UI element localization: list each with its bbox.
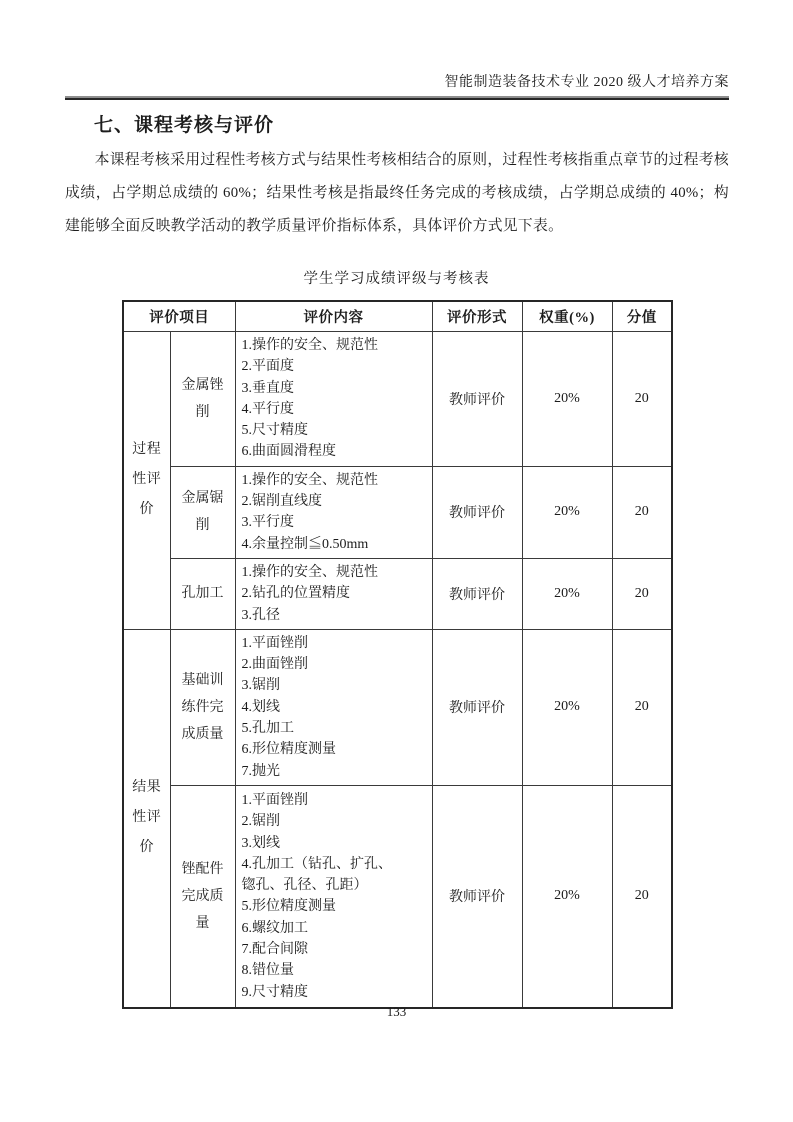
- score-cell: 20: [612, 785, 672, 1008]
- content-line: 1.操作的安全、规范性: [242, 470, 401, 491]
- content-line: 7.抛光: [242, 761, 401, 782]
- weight-cell: 20%: [522, 558, 612, 629]
- document-page: 智能制造装备技术专业 2020 级人才培养方案 七、课程考核与评价 本课程考核采…: [0, 0, 793, 1122]
- table-header-row: 评价项目 评价内容 评价形式 权重(%) 分值: [123, 301, 672, 332]
- content-line: 4.平行度: [242, 399, 401, 420]
- content-line: 6.螺纹加工: [242, 918, 401, 939]
- form-cell: 教师评价: [432, 332, 522, 467]
- content-line: 1.操作的安全、规范性: [242, 562, 401, 583]
- body-paragraph: 本课程考核采用过程性考核方式与结果性考核相结合的原则，过程性考核指重点章节的过程…: [65, 144, 729, 243]
- content-line: 5.孔加工: [242, 718, 401, 739]
- header-weight: 权重(%): [522, 301, 612, 332]
- page-number: 133: [0, 1004, 793, 1020]
- table-row: 锉配件完成质量 1.平面锉削 2.锯削 3.划线 4.孔加工（钻孔、扩孔、锪孔、…: [123, 785, 672, 1008]
- content-line: 4.划线: [242, 697, 401, 718]
- content-line: 7.配合间隙: [242, 939, 401, 960]
- content-line: 8.错位量: [242, 960, 401, 981]
- content-line: 1.平面锉削: [242, 633, 401, 654]
- content-line: 2.锯削直线度: [242, 491, 401, 512]
- header-eval-content: 评价内容: [235, 301, 432, 332]
- table-row: 金属锯削 1.操作的安全、规范性 2.锯削直线度 3.平行度 4.余量控制≦0.…: [123, 466, 672, 558]
- content-line: 3.孔径: [242, 605, 401, 626]
- table-row: 结果性评价 基础训练件完成质量 1.平面锉削 2.曲面锉削 3.锯削 4.划线 …: [123, 629, 672, 785]
- content-line: 4.余量控制≦0.50mm: [242, 534, 401, 555]
- content-line: 9.尺寸精度: [242, 982, 401, 1003]
- section-heading: 七、课程考核与评价: [94, 110, 274, 137]
- item-cell: 孔加工: [170, 558, 235, 629]
- content-line: 3.锯削: [242, 675, 401, 696]
- form-cell: 教师评价: [432, 466, 522, 558]
- form-cell: 教师评价: [432, 629, 522, 785]
- content-line: 1.平面锉削: [242, 790, 401, 811]
- header-eval-item: 评价项目: [123, 301, 235, 332]
- score-cell: 20: [612, 629, 672, 785]
- header-eval-form: 评价形式: [432, 301, 522, 332]
- content-line: 2.钻孔的位置精度: [242, 583, 401, 604]
- content-line: 2.锯削: [242, 811, 401, 832]
- content-line: 2.平面度: [242, 356, 401, 377]
- table-row: 过程性评价 金属锉削 1.操作的安全、规范性 2.平面度 3.垂直度 4.平行度…: [123, 332, 672, 467]
- content-cell: 1.操作的安全、规范性 2.平面度 3.垂直度 4.平行度 5.尺寸精度 6.曲…: [235, 332, 432, 467]
- content-cell: 1.平面锉削 2.曲面锉削 3.锯削 4.划线 5.孔加工 6.形位精度测量 7…: [235, 629, 432, 785]
- form-cell: 教师评价: [432, 785, 522, 1008]
- content-line: 1.操作的安全、规范性: [242, 335, 401, 356]
- table-caption: 学生学习成绩评级与考核表: [0, 267, 793, 288]
- content-cell: 1.操作的安全、规范性 2.锯削直线度 3.平行度 4.余量控制≦0.50mm: [235, 466, 432, 558]
- header-score: 分值: [612, 301, 672, 332]
- item-cell: 锉配件完成质量: [170, 785, 235, 1008]
- content-line: 4.孔加工（钻孔、扩孔、锪孔、孔径、孔距）: [242, 854, 401, 897]
- weight-cell: 20%: [522, 629, 612, 785]
- score-cell: 20: [612, 558, 672, 629]
- group-cell-result: 结果性评价: [123, 629, 170, 1008]
- header-rule: [65, 96, 729, 100]
- content-line: 2.曲面锉削: [242, 654, 401, 675]
- assessment-table: 评价项目 评价内容 评价形式 权重(%) 分值 过程性评价 金属锉削 1.操作的…: [122, 300, 673, 1009]
- score-cell: 20: [612, 466, 672, 558]
- page-header-title: 智能制造装备技术专业 2020 级人才培养方案: [445, 71, 730, 91]
- content-cell: 1.操作的安全、规范性 2.钻孔的位置精度 3.孔径: [235, 558, 432, 629]
- content-line: 3.平行度: [242, 512, 401, 533]
- content-line: 6.曲面圆滑程度: [242, 441, 401, 462]
- content-line: 5.形位精度测量: [242, 896, 401, 917]
- score-cell: 20: [612, 332, 672, 467]
- content-cell: 1.平面锉削 2.锯削 3.划线 4.孔加工（钻孔、扩孔、锪孔、孔径、孔距） 5…: [235, 785, 432, 1008]
- content-line: 5.尺寸精度: [242, 420, 401, 441]
- form-cell: 教师评价: [432, 558, 522, 629]
- content-line: 3.划线: [242, 833, 401, 854]
- content-line: 6.形位精度测量: [242, 739, 401, 760]
- item-cell: 金属锯削: [170, 466, 235, 558]
- item-cell: 基础训练件完成质量: [170, 629, 235, 785]
- weight-cell: 20%: [522, 466, 612, 558]
- weight-cell: 20%: [522, 332, 612, 467]
- content-line: 3.垂直度: [242, 378, 401, 399]
- item-cell: 金属锉削: [170, 332, 235, 467]
- weight-cell: 20%: [522, 785, 612, 1008]
- table-row: 孔加工 1.操作的安全、规范性 2.钻孔的位置精度 3.孔径 教师评价 20% …: [123, 558, 672, 629]
- group-cell-process: 过程性评价: [123, 332, 170, 630]
